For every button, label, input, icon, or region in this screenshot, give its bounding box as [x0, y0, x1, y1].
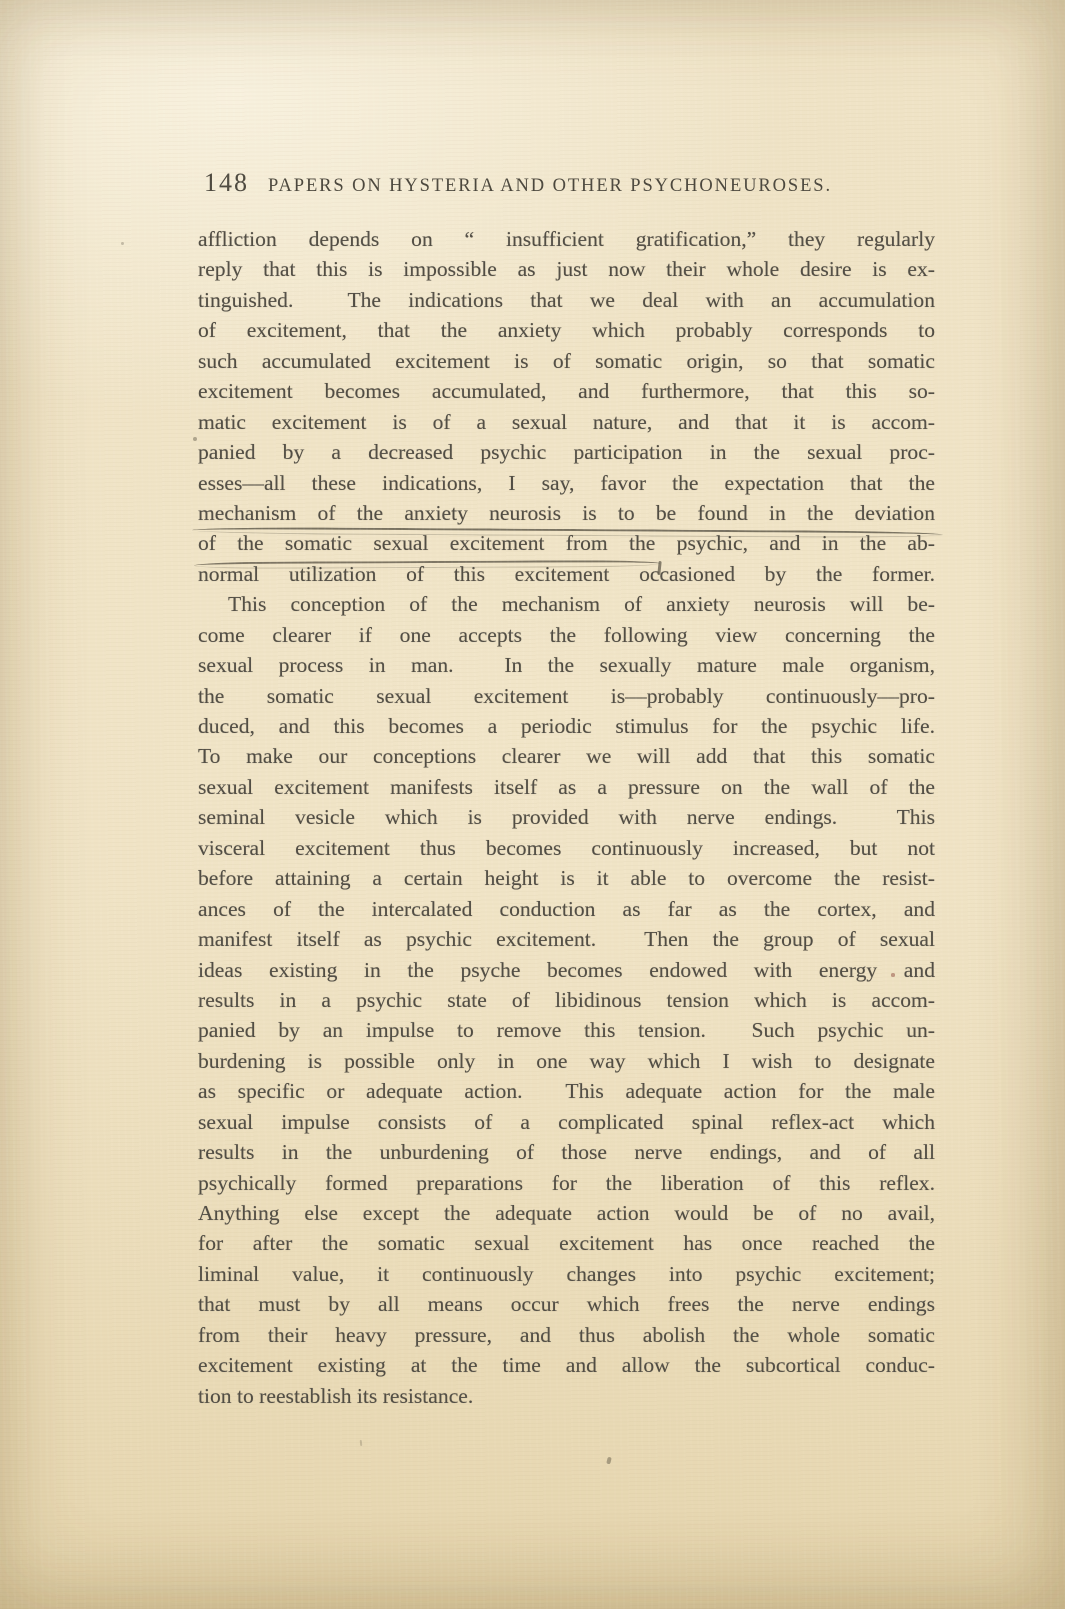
- text-line: as specific or adequate action. This ade…: [198, 1076, 935, 1106]
- text-line: tion to reestablish its resistance.: [198, 1381, 935, 1411]
- text-line: such accumulated excitement is of somati…: [198, 346, 935, 376]
- ink-speck: [193, 437, 197, 441]
- text-line: matic excitement is of a sexual nature, …: [198, 407, 935, 437]
- ink-speck: [606, 1457, 611, 1465]
- text-line: normal utilization of this excitement oc…: [198, 559, 935, 589]
- text-line: affliction depends on “ insufficient gra…: [198, 224, 935, 254]
- text-line: that must by all means occur which frees…: [198, 1289, 935, 1319]
- text-line: psychically formed preparations for the …: [198, 1168, 935, 1198]
- text-line: of the somatic sexual excitement from th…: [198, 528, 935, 558]
- text-line: duced, and this becomes a periodic stimu…: [198, 711, 935, 741]
- text-line: panied by a decreased psychic participat…: [198, 437, 935, 467]
- text-line: visceral excitement thus becomes continu…: [198, 833, 935, 863]
- scanned-book-page-photo: 148 PAPERS ON HYSTERIA AND OTHER PSYCHON…: [0, 0, 1065, 1609]
- text-line: excitement existing at the time and allo…: [198, 1350, 935, 1380]
- text-line: tinguished. The indications that we deal…: [198, 285, 935, 315]
- text-line: sexual process in man. In the sexually m…: [198, 650, 935, 680]
- text-line: panied by an impulse to remove this tens…: [198, 1015, 935, 1045]
- text-line: This conception of the mechanism of anxi…: [198, 589, 935, 619]
- ink-speck: [121, 242, 124, 245]
- text-line: excitement becomes accumulated, and furt…: [198, 376, 935, 406]
- text-block: affliction depends on “ insufficient gra…: [198, 224, 935, 1411]
- text-line: results in the unburdening of those nerv…: [198, 1137, 935, 1167]
- text-line: from their heavy pressure, and thus abol…: [198, 1320, 935, 1350]
- text-line: for after the somatic sexual excitement …: [198, 1228, 935, 1258]
- text-line: manifest itself as psychic excitement. T…: [198, 924, 935, 954]
- text-line: ances of the intercalated conduction as …: [198, 894, 935, 924]
- text-line: esses—all these indications, I say, favo…: [198, 468, 935, 498]
- page-header: 148 PAPERS ON HYSTERIA AND OTHER PSYCHON…: [204, 168, 832, 198]
- text-line: Anything else except the adequate action…: [198, 1198, 935, 1228]
- text-line: come clearer if one accepts the followin…: [198, 620, 935, 650]
- text-line: reply that this is impossible as just no…: [198, 254, 935, 284]
- text-line: results in a psychic state of libidinous…: [198, 985, 935, 1015]
- ink-speck: [891, 973, 895, 977]
- text-line: liminal value, it continuously changes i…: [198, 1259, 935, 1289]
- running-title: PAPERS ON HYSTERIA AND OTHER PSYCHONEURO…: [268, 176, 832, 197]
- text-line: ideas existing in the psyche becomes end…: [198, 955, 935, 985]
- text-line: seminal vesicle which is provided with n…: [198, 802, 935, 832]
- text-line: burdening is possible only in one way wh…: [198, 1046, 935, 1076]
- book-page: 148 PAPERS ON HYSTERIA AND OTHER PSYCHON…: [0, 0, 1065, 1609]
- ink-speck: [360, 1440, 363, 1446]
- text-line: To make our conceptions clearer we will …: [198, 741, 935, 771]
- text-line: before attaining a certain height is it …: [198, 863, 935, 893]
- text-line: of excitement, that the anxiety which pr…: [198, 315, 935, 345]
- text-line: sexual impulse consists of a complicated…: [198, 1107, 935, 1137]
- page-number: 148: [204, 168, 249, 198]
- text-line: the somatic sexual excitement is—probabl…: [198, 681, 935, 711]
- text-line: sexual excitement manifests itself as a …: [198, 772, 935, 802]
- text-line: mechanism of the anxiety neurosis is to …: [198, 498, 935, 528]
